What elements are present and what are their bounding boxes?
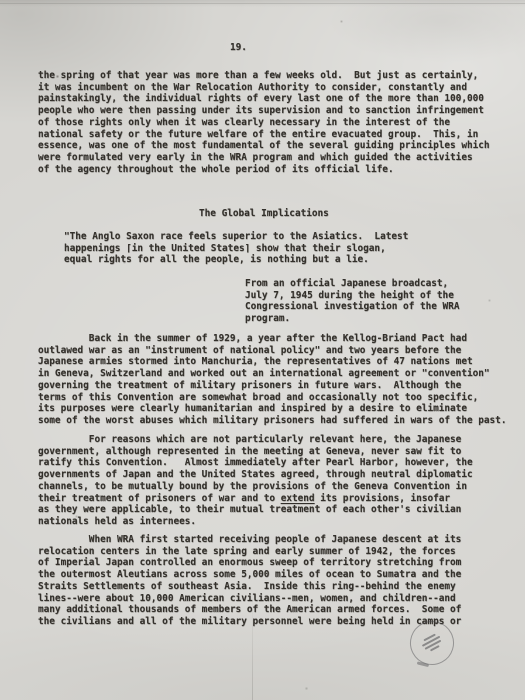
paper-specks bbox=[0, 0, 1, 1]
section-heading: The Global Implications bbox=[199, 208, 329, 220]
body-paragraph-1: the spring of that year was more than a … bbox=[38, 70, 490, 175]
page-number: 19. bbox=[230, 42, 247, 54]
body-paragraph-3: For reasons which are not particularly r… bbox=[38, 434, 473, 528]
paper-edge-line bbox=[0, 3, 525, 4]
quote-attribution: From an official Japanese broadcast, Jul… bbox=[245, 278, 459, 325]
document-page: 19. the spring of that year was more tha… bbox=[0, 0, 525, 700]
paper-crease bbox=[252, 596, 253, 700]
body-paragraph-4: When WRA first started receiving people … bbox=[38, 534, 461, 628]
block-quote: "The Anglo Saxon race feels superior to … bbox=[64, 231, 408, 266]
underlined-word: extend bbox=[281, 493, 315, 504]
body-paragraph-2: Back in the summer of 1929, a year after… bbox=[38, 333, 506, 427]
